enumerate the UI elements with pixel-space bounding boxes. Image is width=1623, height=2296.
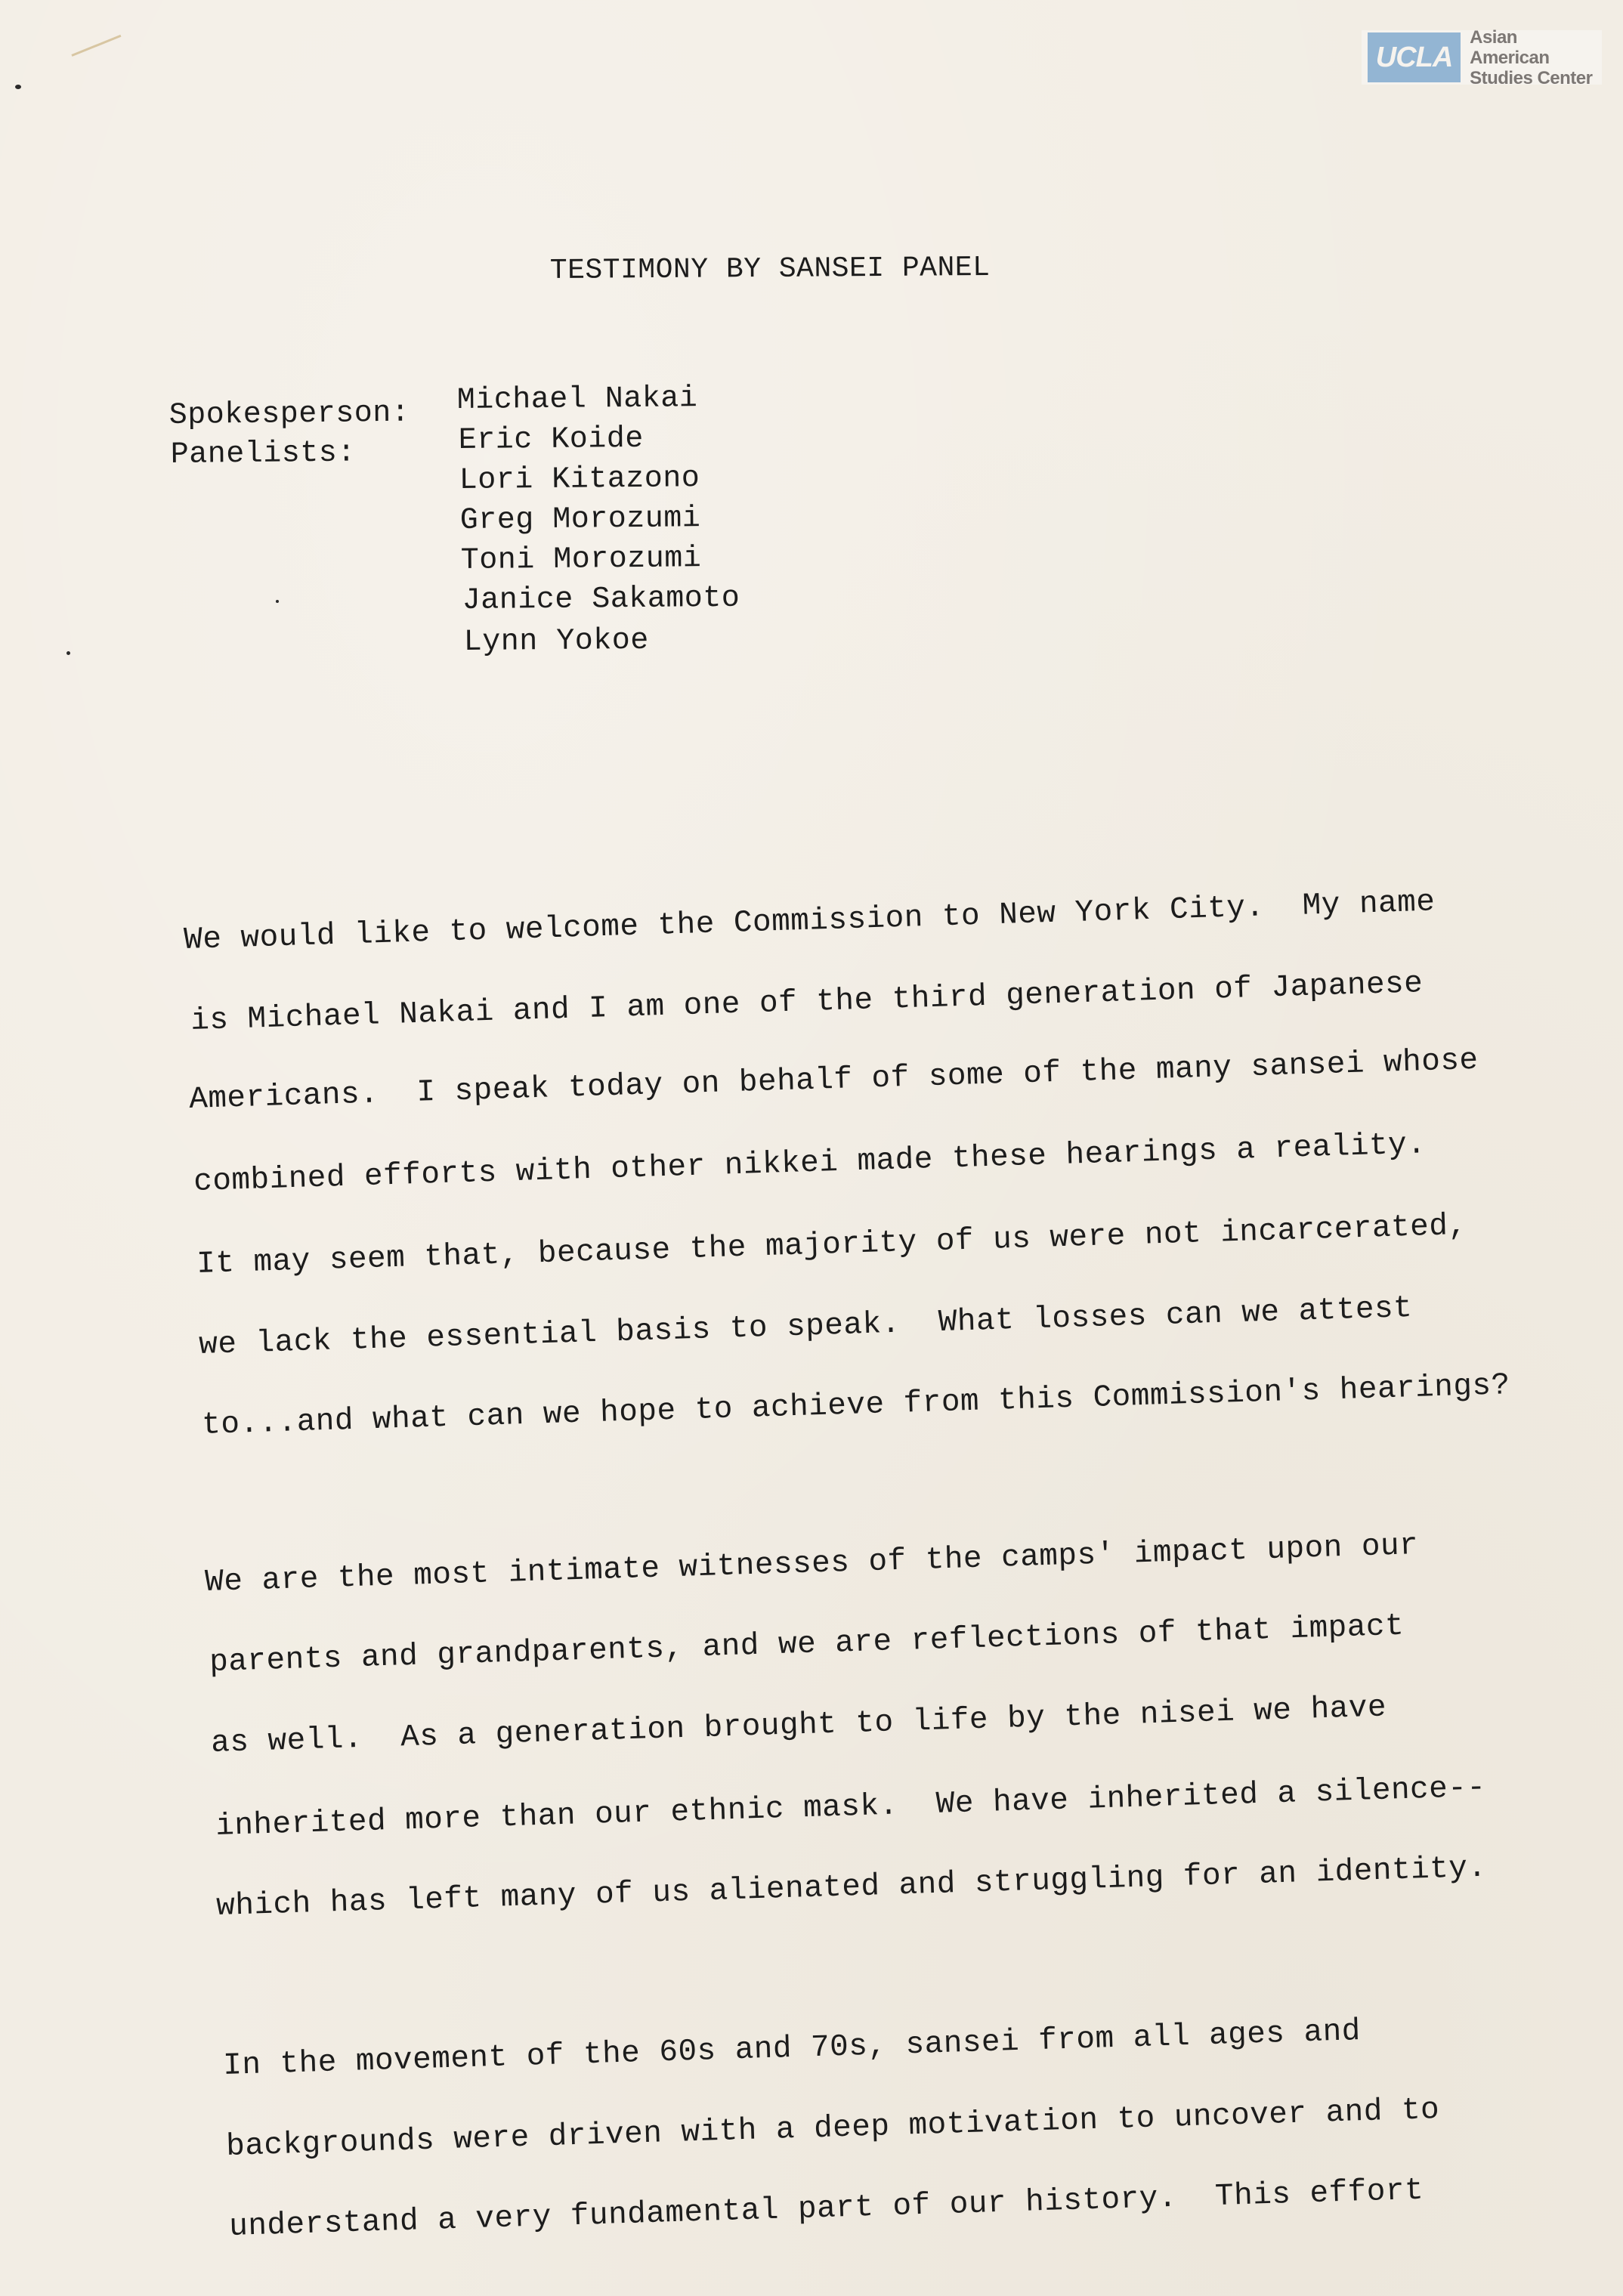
text-line: In the movement of the 60s and 70s, sans…	[223, 2014, 1362, 2084]
spokesperson-name: Michael Nakai	[457, 382, 698, 418]
text-line: we lack the essential basis to speak. Wh…	[199, 1291, 1413, 1363]
text-line: Americans. I speak today on behalf of so…	[189, 1043, 1479, 1117]
panelist-name: Eric Koide	[459, 422, 644, 458]
panelist-name: Lynn Yokoe	[464, 624, 649, 660]
ucla-badge: UCLA	[1368, 32, 1461, 82]
text-line: which has left many of us alienated and …	[216, 1851, 1488, 1924]
text-line: It may seem that, because the majority o…	[196, 1209, 1468, 1282]
text-line: combined efforts with other nikkei made …	[193, 1127, 1427, 1200]
panelist-name: Lori Kitazono	[459, 462, 700, 498]
text-line: parents and grandparents, and we are ref…	[209, 1609, 1405, 1680]
panelist-name: Greg Morozumi	[460, 502, 701, 538]
document-title: TESTIMONY BY SANSEI PANEL	[550, 252, 991, 287]
text-line: understand a very fundamental part of ou…	[229, 2174, 1424, 2245]
text-line: as well. As a generation brought to life…	[211, 1690, 1387, 1761]
text-line: inherited more than our ethnic mask. We …	[215, 1771, 1487, 1844]
staple-mark	[71, 35, 121, 57]
ink-speck	[66, 651, 70, 655]
text-line: to...and what can we hope to achieve fro…	[202, 1368, 1511, 1443]
ink-speck	[15, 85, 21, 89]
logo-line-2: Studies Center	[1470, 68, 1596, 88]
spokesperson-label: Spokesperson:	[169, 397, 410, 433]
text-line: is Michael Nakai and I am one of the thi…	[190, 966, 1424, 1039]
logo-text: Asian American Studies Center	[1470, 27, 1596, 88]
ucla-aasc-logo: UCLA Asian American Studies Center	[1362, 30, 1602, 85]
logo-line-1: Asian American	[1470, 27, 1596, 68]
panelist-name: Toni Morozumi	[461, 542, 702, 578]
panelists-label: Panelists:	[171, 436, 357, 472]
text-line: We would like to welcome the Commission …	[184, 885, 1436, 958]
panelist-name: Janice Sakamoto	[462, 582, 740, 618]
text-line: We are the most intimate witnesses of th…	[205, 1528, 1419, 1600]
text-line: backgrounds were driven with a deep moti…	[226, 2093, 1440, 2165]
ink-speck	[276, 600, 279, 603]
document-page: UCLA Asian American Studies Center TESTI…	[0, 0, 1623, 2296]
